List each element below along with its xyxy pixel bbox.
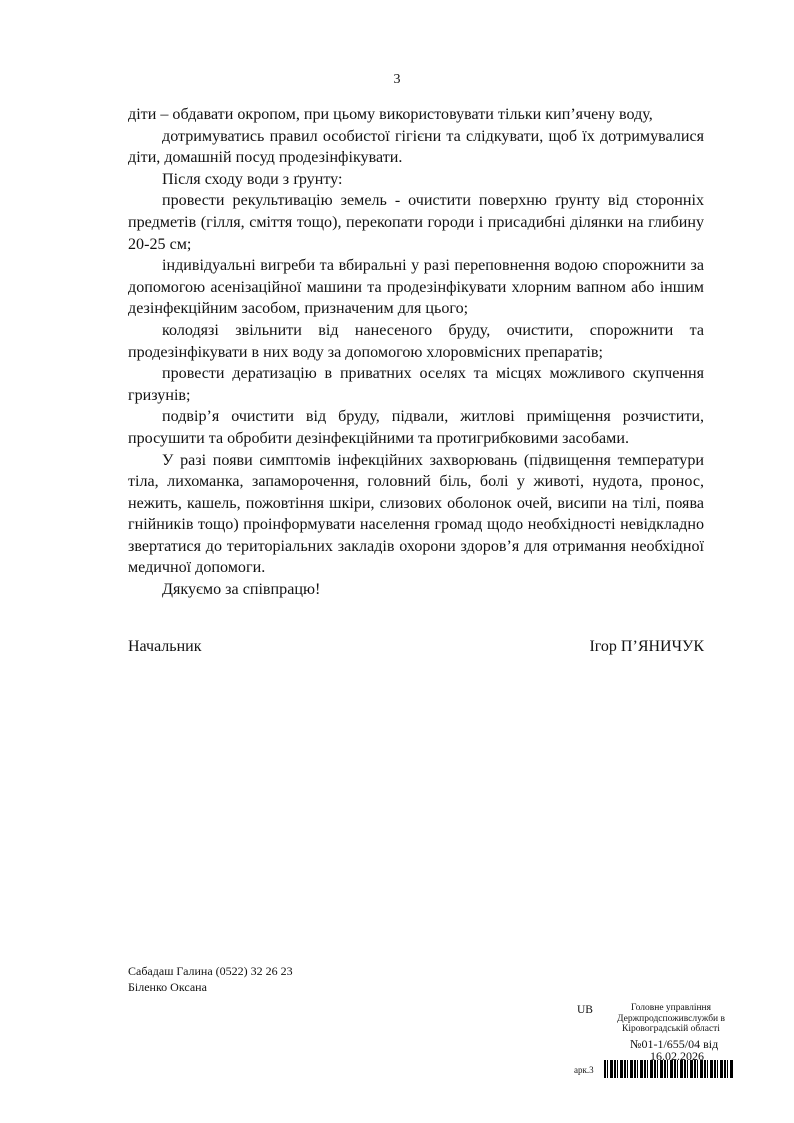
registration-stamp: UB Головне управління Держпродспоживслуж…	[574, 1000, 734, 1080]
executor-line: Біленко Оксана	[128, 980, 293, 996]
stamp-org-line: Держпродспоживслужби в	[606, 1014, 736, 1025]
paragraph: провести рекультивацію земель - очистити…	[128, 190, 704, 255]
executor-line: Сабадаш Галина (0522) 32 26 23	[128, 964, 293, 980]
stamp-org-line: Кіровоградській області	[606, 1024, 736, 1035]
paragraph: Після сходу води з ґрунту:	[128, 169, 704, 191]
paragraph: колодязі звільнити від нанесеного бруду,…	[128, 320, 704, 363]
signer-position: Начальник	[128, 638, 201, 656]
paragraph: провести дератизацію в приватних оселях …	[128, 363, 704, 406]
paragraph: діти – обдавати окропом, при цьому викор…	[128, 104, 704, 126]
stamp-ub-label: UB	[577, 1004, 593, 1016]
stamp-org-line: Головне управління	[606, 1003, 736, 1014]
executors-block: Сабадаш Галина (0522) 32 26 23 Біленко О…	[128, 964, 293, 995]
paragraph: Дякуємо за співпрацю!	[128, 579, 704, 601]
page-number: 3	[0, 72, 794, 88]
document-body: діти – обдавати окропом, при цьому викор…	[128, 104, 704, 601]
paragraph: У разі появи симптомів інфекційних захво…	[128, 450, 704, 580]
stamp-organization: Головне управління Держпродспоживслужби …	[606, 1003, 736, 1035]
barcode-icon	[604, 1060, 734, 1078]
paragraph: індивідуальні вигреби та вбиральні у раз…	[128, 255, 704, 320]
paragraph: дотримуватись правил особистої гігієни т…	[128, 126, 704, 169]
paragraph: подвір’я очистити від бруду, підвали, жи…	[128, 406, 704, 449]
stamp-sheet: арк.3	[574, 1065, 594, 1075]
signer-name: Ігор П’ЯНИЧУК	[589, 638, 704, 656]
